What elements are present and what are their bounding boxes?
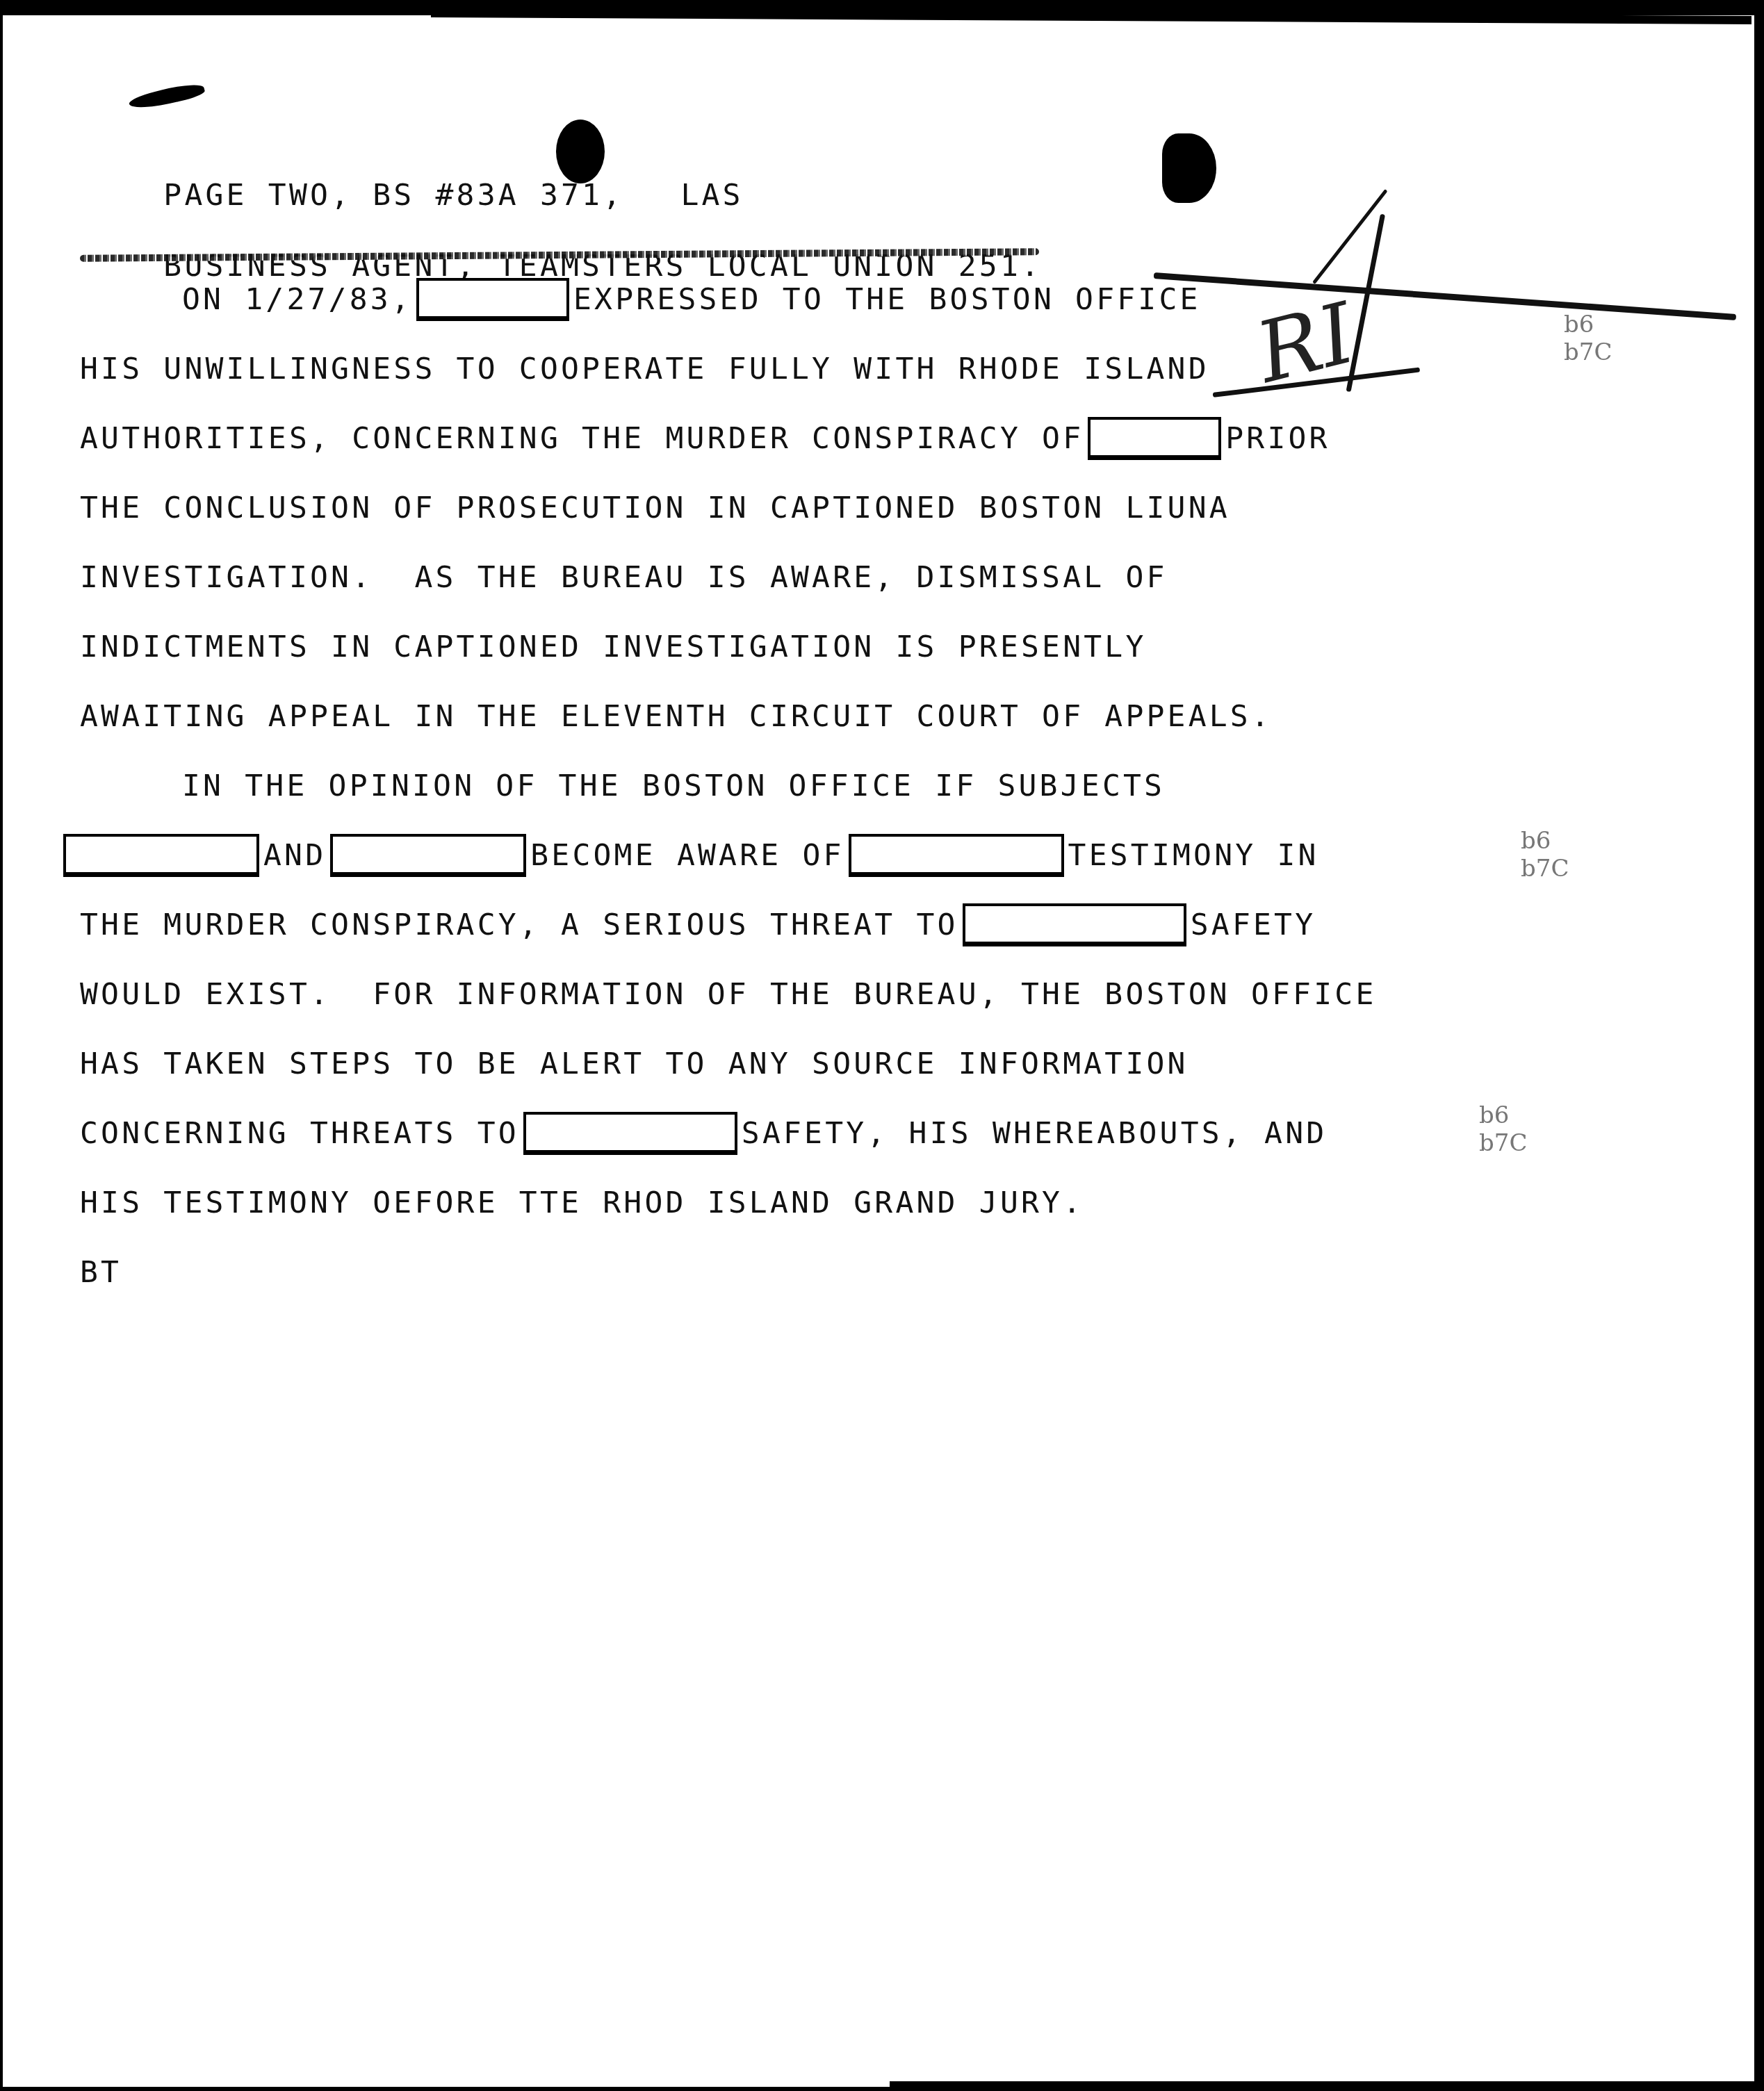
- memo-line: THE CONCLUSION OF PROSECUTION IN CAPTION…: [80, 485, 1230, 527]
- memo-line: IN THE OPINION OF THE BOSTON OFFICE IF S…: [182, 763, 1165, 805]
- exemption-code: b6: [1479, 1101, 1527, 1129]
- exemption-code: b6: [1521, 827, 1569, 855]
- memo-text: EXPRESSED TO THE BOSTON OFFICE: [573, 279, 1201, 320]
- memo-line: ON 1/27/83,EXPRESSED TO THE BOSTON OFFIC…: [182, 277, 1201, 318]
- memo-line: THE MURDER CONSPIRACY, A SERIOUS THREAT …: [80, 902, 1316, 944]
- document-page: PAGE TWO, BS #83A 371, LAS BUSINESS AGEN…: [0, 0, 1764, 2091]
- memo-text: AUTHORITIES, CONCERNING THE MURDER CONSP…: [80, 418, 1084, 459]
- ink-blot-right: [1162, 133, 1216, 203]
- header-page-line: PAGE TWO, BS #83A 371, LAS: [80, 131, 744, 172]
- memo-text: INDICTMENTS IN CAPTIONED INVESTIGATION I…: [80, 626, 1147, 668]
- exemption-marker: b6b7C: [1521, 827, 1569, 883]
- handwritten-strike-line: [1154, 272, 1736, 320]
- scan-edge-bottom: [890, 2081, 1764, 2091]
- memo-text: HAS TAKEN STEPS TO BE ALERT TO ANY SOURC…: [80, 1043, 1189, 1085]
- memo-line: INVESTIGATION. AS THE BUREAU IS AWARE, D…: [80, 555, 1168, 596]
- exemption-marker: b6b7C: [1479, 1101, 1527, 1157]
- exemption-code: b7C: [1564, 338, 1612, 366]
- memo-line: CONCERNING THREATS TOSAFETY, HIS WHEREAB…: [80, 1110, 1327, 1152]
- memo-text: ON 1/27/83,: [182, 279, 412, 320]
- memo-line: ANDBECOME AWARE OFTESTIMONY IN: [59, 833, 1319, 874]
- memo-text: WOULD EXIST. FOR INFORMATION OF THE BURE…: [80, 974, 1376, 1015]
- redaction-box: [63, 834, 259, 877]
- exemption-code: b6: [1564, 311, 1612, 338]
- memo-text: HIS UNWILLINGNESS TO COOPERATE FULLY WIT…: [80, 348, 1209, 390]
- memo-line: BT: [80, 1249, 122, 1291]
- memo-line: HAS TAKEN STEPS TO BE ALERT TO ANY SOURC…: [80, 1041, 1189, 1083]
- redaction-box: [416, 278, 569, 321]
- exemption-code: b7C: [1479, 1129, 1527, 1157]
- exemption-code: b7C: [1521, 855, 1569, 883]
- memo-text: PRIOR: [1225, 418, 1330, 459]
- memo-line: AUTHORITIES, CONCERNING THE MURDER CONSP…: [80, 416, 1330, 457]
- memo-line: WOULD EXIST. FOR INFORMATION OF THE BURE…: [80, 971, 1376, 1013]
- redaction-box: [523, 1112, 737, 1155]
- memo-text: SAFETY, HIS WHEREABOUTS, AND: [742, 1113, 1327, 1154]
- exemption-marker: b6b7C: [1564, 311, 1612, 366]
- memo-line: INDICTMENTS IN CAPTIONED INVESTIGATION I…: [80, 624, 1147, 666]
- memo-text: INVESTIGATION. AS THE BUREAU IS AWARE, D…: [80, 557, 1168, 598]
- memo-text: CONCERNING THREATS TO: [80, 1113, 519, 1154]
- memo-text: IN THE OPINION OF THE BOSTON OFFICE IF S…: [182, 765, 1165, 807]
- memo-line: AWAITING APPEAL IN THE ELEVENTH CIRCUIT …: [80, 694, 1272, 735]
- redaction-box: [1088, 417, 1221, 460]
- memo-text: THE CONCLUSION OF PROSECUTION IN CAPTION…: [80, 487, 1230, 529]
- memo-text: THE MURDER CONSPIRACY, A SERIOUS THREAT …: [80, 904, 958, 946]
- memo-text: BT: [80, 1252, 122, 1293]
- scan-edge-left: [0, 0, 3, 2091]
- header-subject-line: BUSINESS AGENT, TEAMSTERS LOCAL UNION 25…: [80, 202, 1042, 243]
- ink-blot-mark: [128, 80, 206, 113]
- memo-text: BECOME AWARE OF: [530, 835, 844, 876]
- redaction-box: [849, 834, 1064, 877]
- memo-line: HIS UNWILLINGNESS TO COOPERATE FULLY WIT…: [80, 346, 1209, 388]
- scan-edge-bottom-left: [0, 2087, 890, 2091]
- memo-text: HIS TESTIMONY OEFORE TTE RHOD ISLAND GRA…: [80, 1182, 1084, 1224]
- scan-edge-right: [1754, 0, 1764, 2091]
- memo-line: HIS TESTIMONY OEFORE TTE RHOD ISLAND GRA…: [80, 1180, 1084, 1222]
- redaction-box: [963, 903, 1186, 946]
- memo-text: SAFETY: [1191, 904, 1316, 946]
- memo-text: AND: [263, 835, 326, 876]
- memo-text: AWAITING APPEAL IN THE ELEVENTH CIRCUIT …: [80, 696, 1272, 737]
- memo-text: TESTIMONY IN: [1068, 835, 1319, 876]
- redaction-box: [330, 834, 526, 877]
